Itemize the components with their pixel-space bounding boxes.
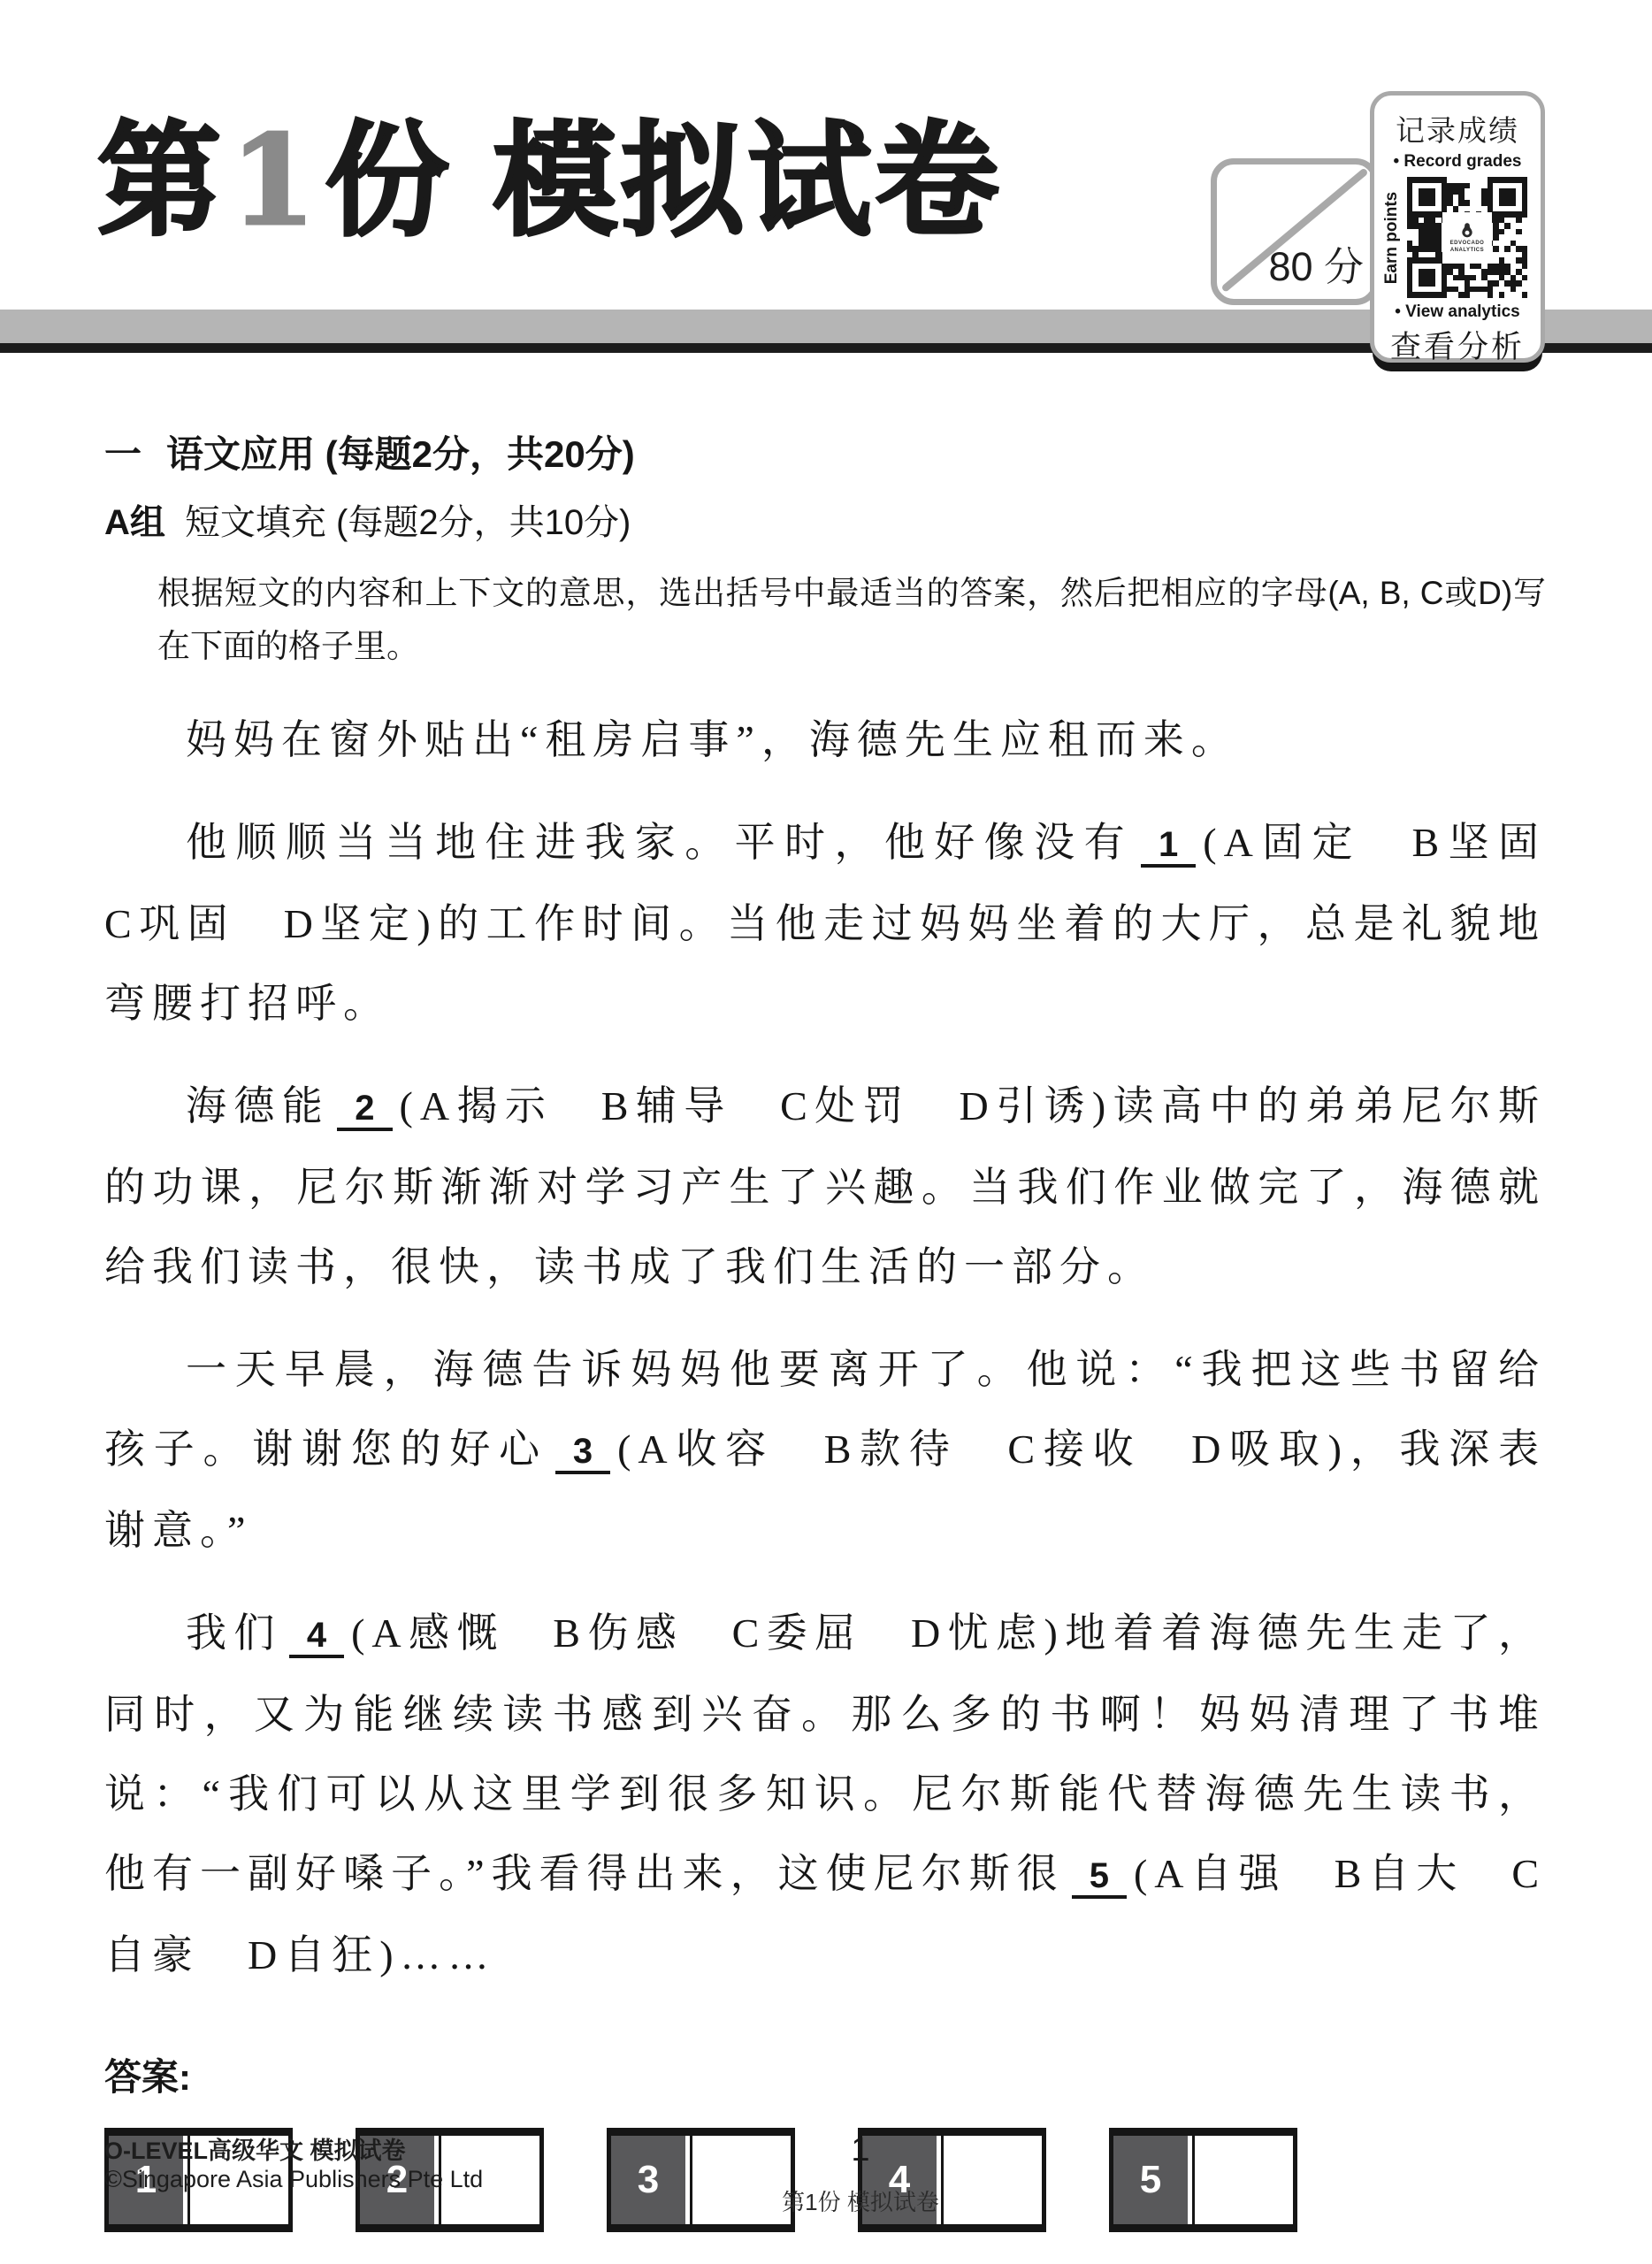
score-badge: 80 分 [1211,158,1379,305]
passage-paragraph: 他顺顺当当地住进我家。平时，他好像没有1(A固定 B坚固 C巩固 D坚定)的工作… [104,803,1546,1044]
title-suffix: 份 [325,109,452,254]
page-title: 第1份模拟试卷 [97,113,1002,249]
section-heading: 一 语文应用 (每题2分，共20分) [104,434,1546,475]
section-title: 语文应用 (每题2分，共20分) [166,434,635,475]
page-footer-label: 第1份 模拟试卷 [782,2184,939,2217]
view-analytics-cn-label: 查看分析 [1390,323,1525,367]
record-grades-en-label: • Record grades [1394,152,1522,172]
qr-code-icon: EDVOCADO ANALYTICS [1407,177,1528,298]
logo-text-line1: EDVOCADO [1450,241,1485,247]
avocado-logo-icon [1457,221,1477,241]
blank-5: 5 [1072,1856,1127,1899]
passage-text: 我们 [186,1610,282,1656]
passage-paragraph: 一天早晨，海德告诉妈妈他要离开了。他说：“我把这些书留给孩子。谢谢您的好心3(A… [104,1330,1546,1571]
qr-middle-row: Earn points EDVOCADO ANALYTICS [1407,177,1528,298]
subsection-heading: A组 短文填充 (每题2分，共10分) [104,503,1546,542]
answer-box-5: 5 [1109,2128,1297,2232]
passage-paragraph: 妈妈在窗外贴出“租房启事”，海德先生应租而来。 [104,700,1546,780]
footer-copyright: ©Singapore Asia Publishers Pte Ltd [104,2165,483,2193]
page-number: 1 [851,2131,869,2169]
view-analytics-en-label: • View analytics [1395,302,1520,322]
subsection-title: 短文填充 (每题2分，共10分) [185,503,631,542]
title-number: 1 [225,109,325,254]
passage-paragraph: 我们4(A感慨 B伤感 C委屈 D忧虑)地着着海德先生走了，同时，又为能继续读书… [104,1594,1546,1995]
section-number: 一 [104,434,141,475]
passage: 妈妈在窗外贴出“租房启事”，海德先生应租而来。他顺顺当当地住进我家。平时，他好像… [104,700,1546,1995]
answers-heading: 答案: [104,2048,1546,2101]
exam-page: 第1份模拟试卷 80 分 记录成绩 • Record grades Earn p… [0,0,1652,2264]
passage-text: 他顺顺当当地住进我家。平时，他好像没有 [186,820,1134,865]
answer-number: 3 [611,2136,690,2224]
score-badge-label: 80 分 [1268,234,1364,292]
subsection-label: A组 [104,503,165,542]
footer-left: O-LEVEL高级华文 模拟试卷 ©Singapore Asia Publish… [104,2137,483,2194]
logo-text-line2: ANALYTICS [1450,248,1484,254]
blank-3: 3 [555,1432,610,1474]
qr-card: 记录成绩 • Record grades Earn points EDVOCAD… [1370,91,1545,363]
main-content: 一 语文应用 (每题2分，共20分) A组 短文填充 (每题2分，共10分) 根… [0,353,1652,2232]
answer-box-3: 3 [607,2128,795,2232]
answer-blank-cell [941,2136,1042,2224]
blank-4: 4 [289,1616,344,1658]
answer-blank-cell [690,2136,791,2224]
title-rest: 模拟试卷 [493,109,1002,254]
qr-center-logo: EDVOCADO ANALYTICS [1442,212,1492,264]
footer-series-title: O-LEVEL高级华文 模拟试卷 [104,2137,483,2165]
blank-1: 1 [1141,825,1196,868]
passage-paragraph: 海德能2(A揭示 B辅导 C处罚 D引诱)读高中的弟弟尼尔斯的功课，尼尔斯渐渐对… [104,1067,1546,1307]
instructions-text: 根据短文的内容和上下文的意思，选出括号中最适当的答案，然后把相应的字母(A, B… [157,567,1546,674]
page-header: 第1份模拟试卷 80 分 记录成绩 • Record grades Earn p… [0,0,1652,353]
title-prefix: 第 [97,109,225,254]
answer-blank-cell [1192,2136,1293,2224]
answer-number: 5 [1113,2136,1192,2224]
passage-text: 海德能 [186,1083,330,1128]
passage-text: 妈妈在窗外贴出“租房启事”，海德先生应租而来。 [186,717,1239,762]
record-grades-cn-label: 记录成绩 [1396,108,1519,149]
earn-points-label: Earn points [1382,191,1402,284]
blank-2: 2 [337,1089,392,1131]
